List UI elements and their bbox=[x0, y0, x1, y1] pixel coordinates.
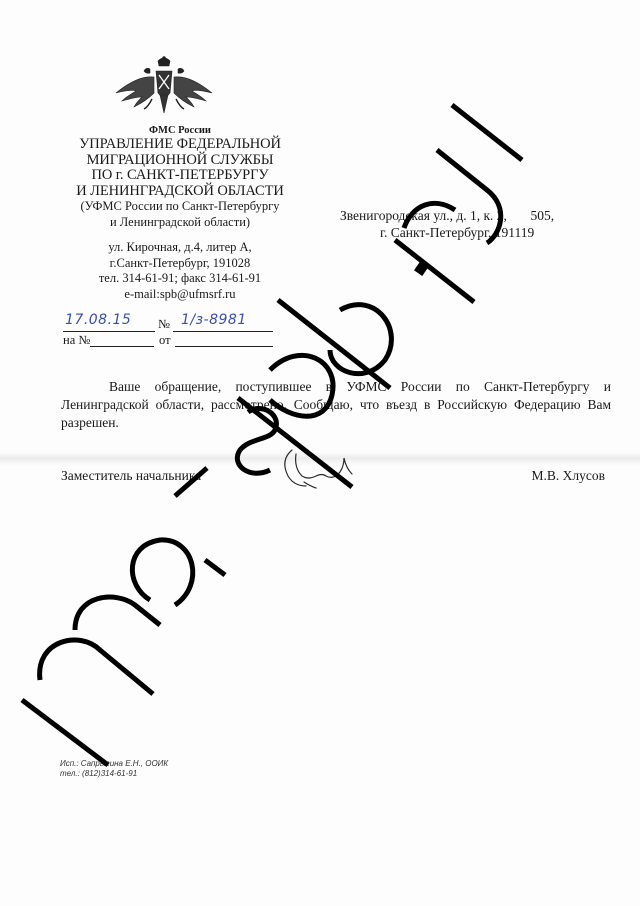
executor-info: Исп.: Сапрыгина Е.Н., ООИК тел.: (812)31… bbox=[60, 759, 168, 779]
number-label: № bbox=[158, 317, 170, 332]
ref-from-label: от bbox=[159, 333, 171, 348]
agency-name-line: УПРАВЛЕНИЕ ФЕДЕРАЛЬНОЙ bbox=[60, 137, 300, 153]
letter-body: Ваше обращение, поступившее в УФМС Росси… bbox=[61, 378, 611, 432]
address-line: ул. Кирочная, д.4, литер А, bbox=[60, 240, 300, 256]
recipient-line: Звенигородская ул., д. 1, к. 2, 505, bbox=[340, 208, 600, 225]
agency-address: ул. Кирочная, д.4, литер А, г.Санкт-Пете… bbox=[60, 240, 300, 302]
signer-name: М.В. Хлусов bbox=[532, 468, 606, 484]
ref-number-underline bbox=[90, 332, 154, 347]
agency-name-line: МИГРАЦИОННОЙ СЛУЖБЫ bbox=[60, 153, 300, 169]
phone-line: тел. 314-61-91; факс 314-61-91 bbox=[60, 271, 300, 287]
agency-abbrev-line: (УФМС России по Санкт-Петербургу bbox=[60, 199, 300, 215]
double-headed-eagle-crest-icon bbox=[112, 55, 216, 125]
registration-line: 17.08.15 № 1/з-8981 bbox=[63, 314, 273, 332]
executor-phone: тел.: (812)314-61-91 bbox=[60, 769, 168, 779]
agency-abbrev-line: и Ленинградской области) bbox=[60, 215, 300, 231]
ref-number-label: на № bbox=[63, 333, 90, 348]
executor-name: Исп.: Сапрыгина Е.Н., ООИК bbox=[60, 759, 168, 769]
registration-date: 17.08.15 bbox=[65, 312, 131, 328]
reference-line: на № от bbox=[63, 332, 273, 348]
agency-name-line: ПО г. САНКТ-ПЕТЕРБУРГУ bbox=[60, 168, 300, 184]
recipient-address: Звенигородская ул., д. 1, к. 2, 505, г. … bbox=[340, 208, 600, 241]
recipient-line: г. Санкт-Петербург, 191119 bbox=[340, 225, 600, 242]
handwritten-signature-icon bbox=[270, 442, 370, 497]
signer-title: Заместитель начальника bbox=[61, 468, 201, 484]
email-line: e-mail:spb@ufmsrf.ru bbox=[60, 287, 300, 303]
registration-number: 1/з-8981 bbox=[181, 312, 247, 328]
address-line: г.Санкт-Петербург, 191028 bbox=[60, 256, 300, 272]
ref-date-underline bbox=[175, 332, 273, 347]
agency-header: ФМС России УПРАВЛЕНИЕ ФЕДЕРАЛЬНОЙ МИГРАЦ… bbox=[60, 125, 300, 230]
document-page: ФМС России УПРАВЛЕНИЕ ФЕДЕРАЛЬНОЙ МИГРАЦ… bbox=[0, 0, 640, 906]
agency-name-line: И ЛЕНИНГРАДСКОЙ ОБЛАСТИ bbox=[60, 184, 300, 200]
